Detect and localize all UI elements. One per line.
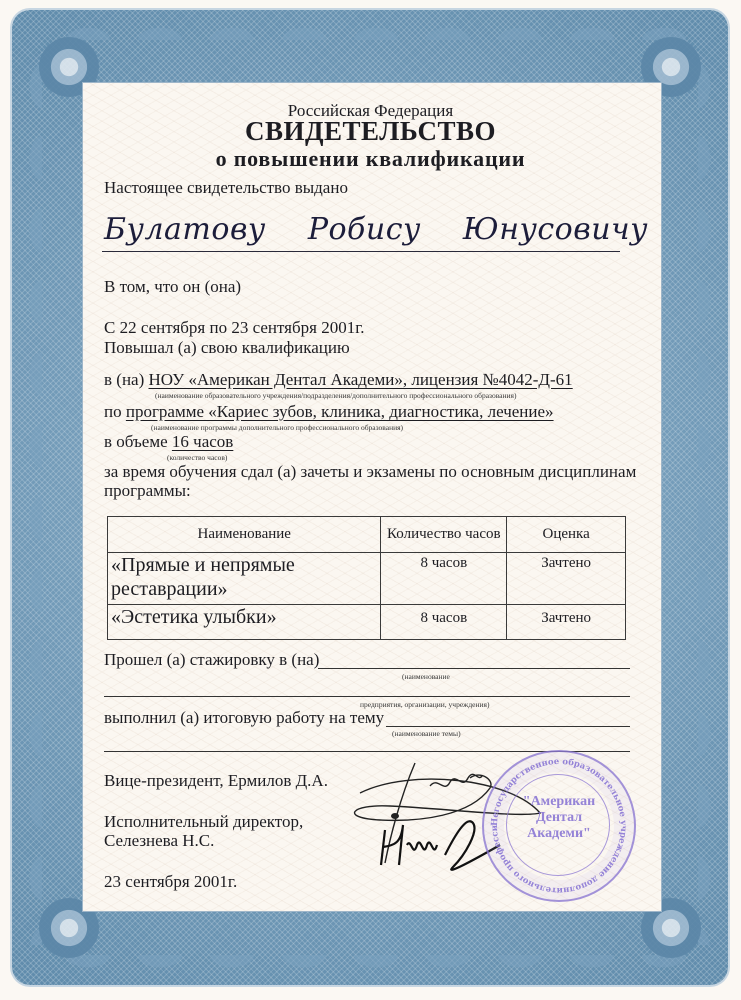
- volume-prefix: в объеме: [104, 432, 168, 451]
- header-hours: Количество часов: [381, 517, 507, 553]
- institution-prefix: в (на): [104, 370, 144, 389]
- internship-label: Прошел (а) стажировку в (на): [104, 650, 319, 670]
- volume-value: 16 часов: [172, 432, 233, 451]
- program-prefix: по: [104, 402, 122, 421]
- director-title: Исполнительный директор,: [104, 812, 303, 832]
- vice-president-label: Вице-президент, Ермилов Д.А.: [104, 771, 328, 791]
- border-scallop-right: [698, 50, 722, 945]
- volume-line: в объеме 16 часов: [104, 432, 233, 452]
- exams-line-2: программы:: [104, 481, 191, 501]
- border-scallop-bottom: [52, 955, 688, 979]
- director-name: Селезнева Н.С.: [104, 831, 214, 851]
- final-work-label: выполнил (а) итоговую работу на тему: [104, 708, 384, 728]
- internship-field-line-2: [104, 696, 630, 697]
- discipline-hours: 8 часов: [381, 553, 507, 605]
- internship-caption-1: (наименование: [402, 672, 450, 681]
- table-row: «Прямые и непрямые реставрации» 8 часов …: [108, 553, 626, 605]
- results-table: Наименование Количество часов Оценка «Пр…: [107, 516, 626, 640]
- period-text: С 22 сентября по 23 сентября 2001г.: [104, 318, 365, 338]
- issued-to-label: Настоящее свидетельство выдано: [104, 178, 348, 198]
- recipient-first-name: Робису: [308, 212, 421, 247]
- discipline-grade: Зачтено: [507, 605, 626, 640]
- program-caption: (наименование программы дополнительного …: [151, 423, 403, 432]
- organization-stamp: Негосударственное образовательное учрежд…: [482, 750, 636, 902]
- table-row: «Эстетика улыбки» 8 часов Зачтено: [108, 605, 626, 640]
- program-line: по программе «Кариес зубов, клиника, диа…: [104, 402, 554, 422]
- improved-label: Повышал (а) свою квалификацию: [104, 338, 350, 358]
- final-work-field-line: [386, 726, 630, 727]
- exams-line-1: за время обучения сдал (а) зачеты и экза…: [104, 462, 636, 482]
- stamp-center-text: "АмериканДенталАкадеми": [484, 794, 634, 842]
- discipline-name: «Прямые и непрямые реставрации»: [108, 553, 381, 605]
- recipient-name: БулатовуРобисуЮнусовичу: [104, 212, 690, 247]
- internship-field-line: [318, 668, 630, 669]
- header-name: Наименование: [108, 517, 381, 553]
- discipline-grade: Зачтено: [507, 553, 626, 605]
- final-work-caption: (наименование темы): [392, 729, 461, 738]
- certificate-title: СВИДЕТЕЛЬСТВО: [0, 116, 741, 147]
- recipient-patronymic: Юнусовичу: [463, 212, 648, 247]
- discipline-hours: 8 часов: [381, 605, 507, 640]
- border-scallop-left: [18, 50, 42, 945]
- that-label: В том, что он (она): [104, 277, 241, 297]
- institution-line: в (на) НОУ «Американ Дентал Академи», ли…: [104, 370, 573, 390]
- name-underline: [102, 251, 620, 252]
- recipient-surname: Булатову: [104, 212, 266, 247]
- volume-caption: (количество часов): [167, 453, 227, 462]
- header-grade: Оценка: [507, 517, 626, 553]
- program-name: программе «Кариес зубов, клиника, диагно…: [126, 402, 554, 421]
- discipline-name: «Эстетика улыбки»: [108, 605, 381, 640]
- institution-name: НОУ «Американ Дентал Академи», лицензия …: [149, 370, 573, 389]
- border-scallop-top: [52, 16, 688, 40]
- certificate-subtitle: о повышении квалификации: [0, 146, 741, 172]
- institution-caption: (наименование образовательного учреждени…: [155, 391, 516, 400]
- table-header-row: Наименование Количество часов Оценка: [108, 517, 626, 553]
- issue-date: 23 сентября 2001г.: [104, 872, 237, 892]
